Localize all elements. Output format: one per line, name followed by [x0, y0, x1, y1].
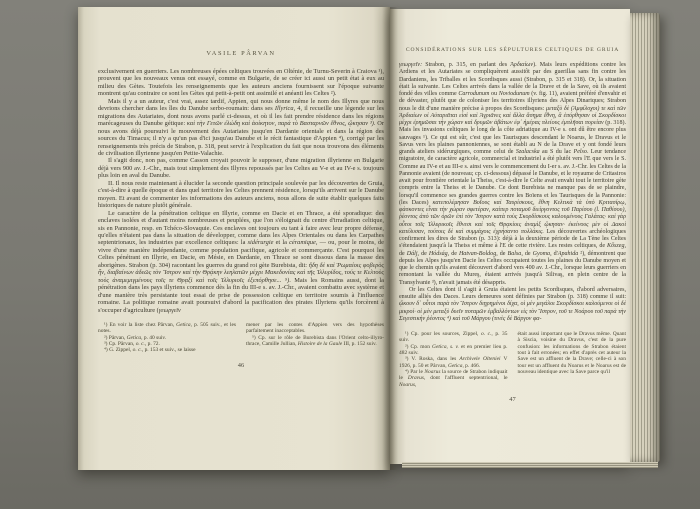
paragraph: Le caractère de la pénétration celtique … [98, 210, 384, 314]
left-running-head: VASILE PÂRVAN [98, 50, 384, 57]
paragraph: γεωργεῖν: Strabon, p. 315, en parlant de… [399, 62, 626, 287]
paragraph: exclusivement en guerriers. Les nombreus… [98, 68, 384, 98]
right-footnotes: ¹) Cp. pour les sources, Zippel, o. c., … [399, 331, 626, 388]
scanned-book-spread: VASILE PÂRVAN exclusivement en guerriers… [0, 0, 700, 509]
footnote: ⁴) G. Zippel, o. c., p. 153 et suiv., se… [98, 347, 236, 353]
right-footnotes-col2: était aussi important que le Dravus même… [518, 331, 627, 388]
left-page-content: VASILE PÂRVAN exclusivement en guerriers… [98, 50, 384, 369]
right-page-content: CONSIDÉRATIONS SUR LES SÉPULTURES CELTIQ… [399, 47, 626, 403]
right-page-number: 47 [399, 396, 626, 403]
footnote: ¹) En voir la liste chez Pârvan, Getica,… [98, 322, 236, 335]
book: VASILE PÂRVAN exclusivement en guerriers… [0, 0, 700, 509]
left-page-number: 46 [98, 362, 384, 369]
left-footnotes-col2: mener par les contes d'Appien vers des h… [246, 322, 384, 354]
paragraph: Or les Celtes dont il s'agit à Gruia éta… [399, 287, 626, 323]
footnote: était aussi important que le Dravus même… [518, 331, 627, 375]
paragraph: Mais il y a un auteur, c'est vrai, assez… [98, 98, 384, 158]
right-footnotes-col1: ¹) Cp. pour les sources, Zippel, o. c., … [399, 331, 508, 388]
right-text-block: γεωργεῖν: Strabon, p. 315, en parlant de… [399, 62, 626, 323]
footnote: ⁴) Par le Noarus la source de Strabon in… [399, 369, 508, 388]
footnote: ¹) Cp. pour les sources, Zippel, o. c., … [399, 331, 508, 344]
page-edges-bottom [402, 462, 658, 468]
right-running-head: CONSIDÉRATIONS SUR LES SÉPULTURES CELTIQ… [399, 47, 626, 53]
paragraph: Il s'agit donc, non pas, comme Casson cr… [98, 157, 384, 179]
paragraph: II. Il nous reste maintenant à élucider … [98, 180, 384, 210]
footnote: ²) Cp. mon Getica, s. v. et en premier l… [399, 344, 508, 357]
footnote: ⁵) Cp. sur le rôle de Burebista dans l'O… [246, 335, 384, 348]
footnote: ³) V. Roska, dans les Archivele Olteniei… [399, 356, 508, 369]
left-text-block: exclusivement en guerriers. Les nombreus… [98, 68, 384, 314]
left-page: VASILE PÂRVAN exclusivement en guerriers… [78, 7, 390, 470]
footnote: mener par les contes d'Appien vers des h… [246, 322, 384, 335]
left-footnotes: ¹) En voir la liste chez Pârvan, Getica,… [98, 322, 384, 354]
left-footnotes-col1: ¹) En voir la liste chez Pârvan, Getica,… [98, 322, 236, 354]
right-page: CONSIDÉRATIONS SUR LES SÉPULTURES CELTIQ… [390, 9, 630, 464]
page-edges-right [630, 13, 660, 462]
